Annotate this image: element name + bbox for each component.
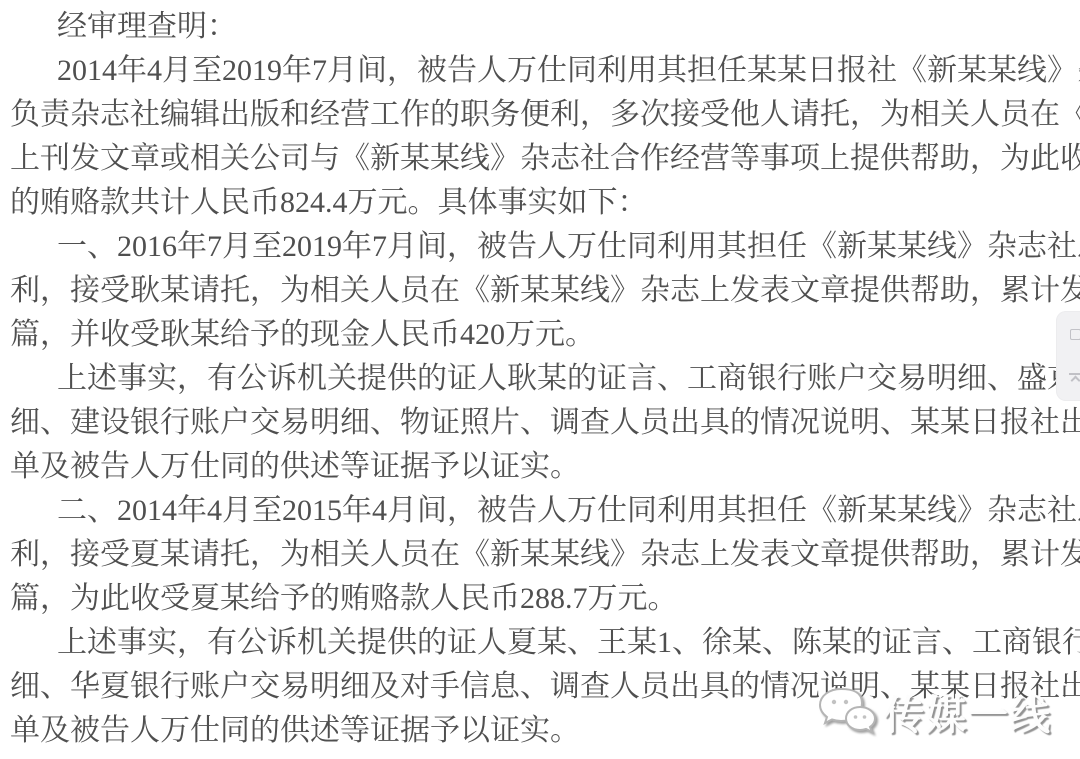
font-size-icon[interactable] [1068, 327, 1080, 341]
back-to-top-icon[interactable] [1068, 372, 1080, 386]
text-line: 上述事实，有公诉机关提供的证人耿某的证言、工商银行账户交易明细、盛京银行账户交易… [10, 357, 1080, 401]
floating-tool-panel[interactable] [1056, 311, 1080, 401]
text-line: 上述事实，有公诉机关提供的证人夏某、王某1、徐某、陈某的证言、工商银行账户交易明 [10, 621, 1080, 665]
text-line: 篇，并收受耿某给予的现金人民币420万元。 [10, 313, 1080, 357]
document-body: 经审理查明：2014年4月至2019年7月间，被告人万仕同利用其担任某某日报社《… [10, 5, 1080, 753]
text-line: 细、华夏银行账户交易明细及对手信息、调查人员出具的情况说明、某某日报社出具的刊发… [10, 665, 1080, 709]
text-line: 利，接受耿某请托，为相关人员在《新某某线》杂志上发表文章提供帮助，累计发表文章4… [10, 269, 1080, 313]
text-line: 负责杂志社编辑出版和经营工作的职务便利，多次接受他人请托，为相关人员在《新某某线… [10, 93, 1080, 137]
text-line: 经审理查明： [10, 5, 1080, 49]
text-line: 利，接受夏某请托，为相关人员在《新某某线》杂志上发表文章提供帮助，累计发表文章4… [10, 533, 1080, 577]
text-line: 一、2016年7月至2019年7月间，被告人万仕同利用其担任《新某某线》杂志社总… [10, 225, 1080, 269]
text-line: 单及被告人万仕同的供述等证据予以证实。 [10, 709, 1080, 753]
text-line: 上刊发文章或相关公司与《新某某线》杂志社合作经营等事项上提供帮助，为此收受上述人… [10, 137, 1080, 181]
text-line: 单及被告人万仕同的供述等证据予以证实。 [10, 445, 1080, 489]
text-line: 二、2014年4月至2015年4月间，被告人万仕同利用其担任《新某某线》杂志社总… [10, 489, 1080, 533]
document-page: 经审理查明：2014年4月至2019年7月间，被告人万仕同利用其担任某某日报社《… [0, 0, 1080, 759]
text-line: 2014年4月至2019年7月间，被告人万仕同利用其担任某某日报社《新某某线》杂… [10, 49, 1080, 93]
text-line: 的贿赂款共计人民币824.4万元。具体事实如下： [10, 181, 1080, 225]
text-line: 篇，为此收受夏某给予的贿赂款人民币288.7万元。 [10, 577, 1080, 621]
text-line: 细、建设银行账户交易明细、物证照片、调查人员出具的情况说明、某某日报社出具的刊发… [10, 401, 1080, 445]
